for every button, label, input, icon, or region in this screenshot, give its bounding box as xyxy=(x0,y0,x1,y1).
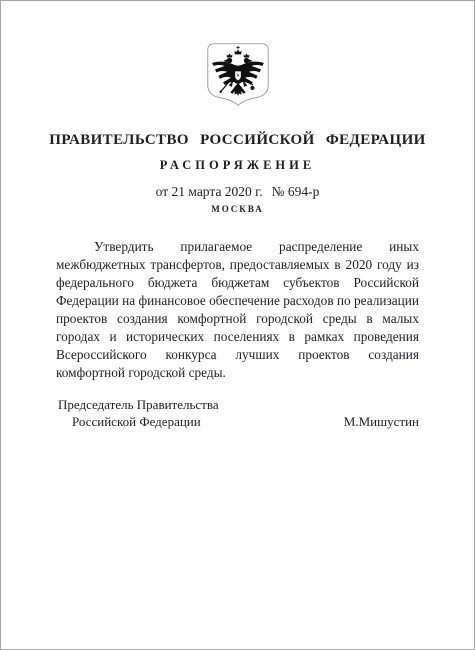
signer-title-line1: Председатель Правительства xyxy=(58,396,219,413)
coat-of-arms-icon xyxy=(207,43,269,107)
document-page: ПРАВИТЕЛЬСТВО РОССИЙСКОЙ ФЕДЕРАЦИИ РАСПО… xyxy=(0,0,475,650)
org-name-title: ПРАВИТЕЛЬСТВО РОССИЙСКОЙ ФЕДЕРАЦИИ xyxy=(21,132,454,149)
signature-block: Председатель Правительства Российской Фе… xyxy=(58,396,419,430)
emblem-container xyxy=(1,1,474,107)
doc-date-text: от 21 марта 2020 г. xyxy=(156,184,263,199)
city-label: МОСКВА xyxy=(1,204,474,214)
signer-name: М.Мишустин xyxy=(344,413,419,430)
date-number-line: от 21 марта 2020 г.№ 694-р xyxy=(1,184,474,200)
decree-body-paragraph: Утвердить прилагаемое распределение иных… xyxy=(56,238,419,382)
signer-title: Председатель Правительства Российской Фе… xyxy=(58,396,219,430)
doc-number-text: № 694-р xyxy=(272,184,320,199)
signer-title-line2: Российской Федерации xyxy=(58,413,219,430)
doc-type-heading: РАСПОРЯЖЕНИЕ xyxy=(1,158,474,173)
